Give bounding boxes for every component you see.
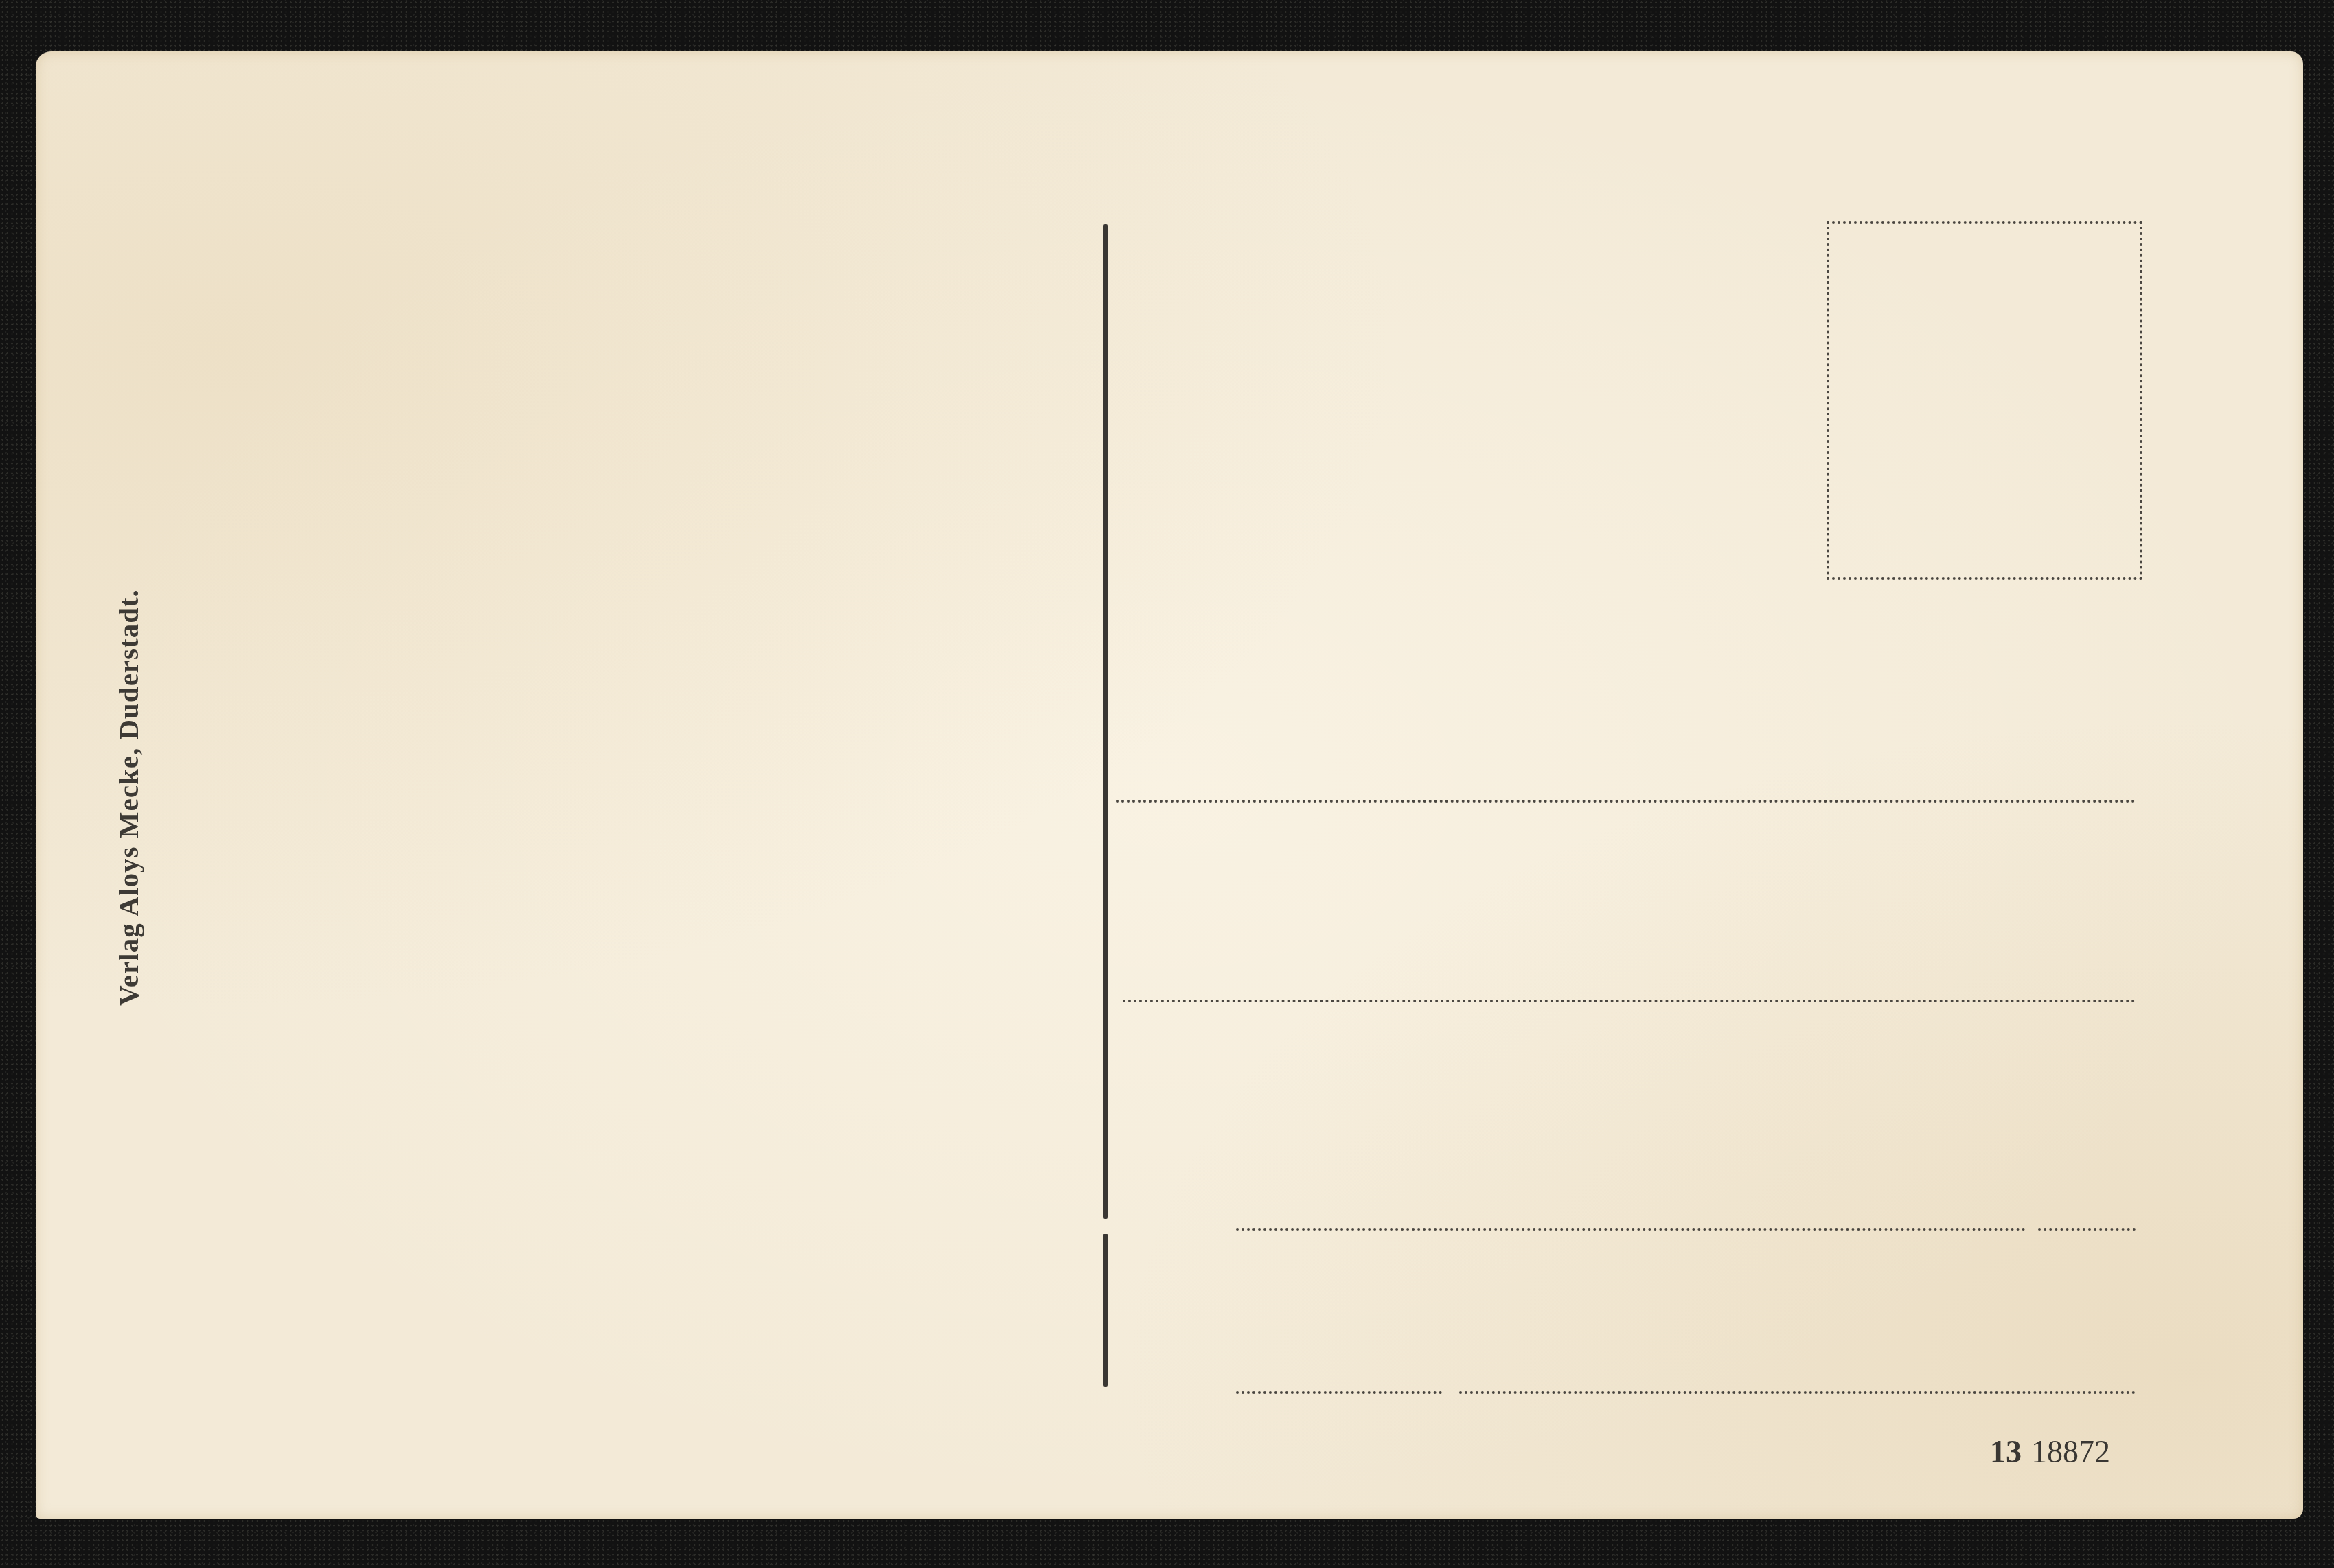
divider-line-upper [1103,224,1108,1219]
address-line-3b [2038,1228,2136,1231]
address-line-3a [1236,1228,2026,1231]
address-line-2 [1123,1000,2136,1002]
address-line-4b [1459,1391,2136,1394]
divider-line-lower [1103,1234,1108,1387]
stamp-box [1827,221,2142,580]
publisher-imprint: Verlag Aloys Mecke, Duderstadt. [112,589,145,1006]
address-line-4a [1236,1391,1442,1394]
serial-number: 1318872 [1990,1433,2110,1470]
address-line-1 [1116,800,2136,803]
serial-series: 13 [1990,1434,2022,1469]
serial-code: 18872 [2031,1434,2110,1469]
